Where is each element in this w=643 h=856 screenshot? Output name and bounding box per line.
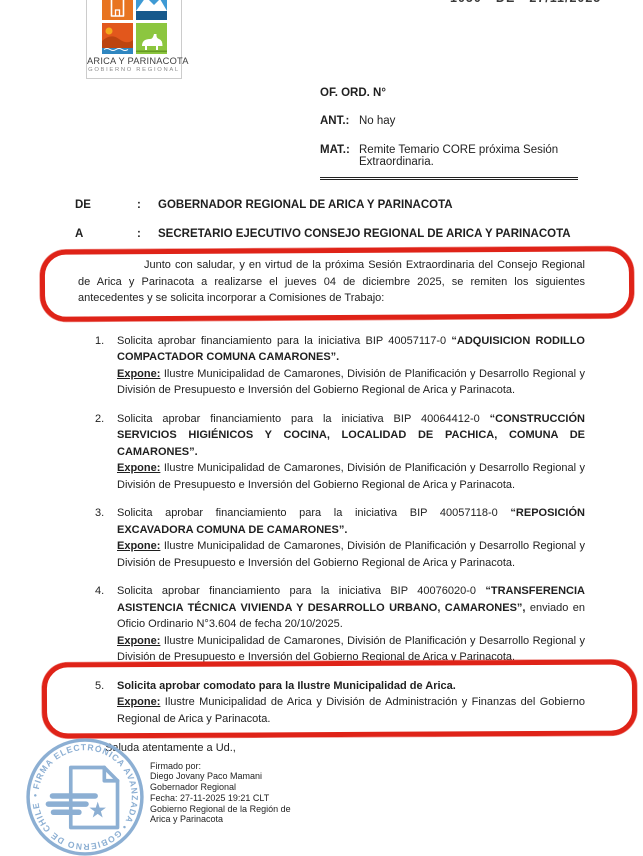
ant-row: ANT.: No hay [320, 115, 578, 127]
agenda-item: 1. Solicita aprobar financiamiento para … [78, 333, 585, 399]
signature-org-line2: Arica y Parinacota [150, 814, 585, 825]
signatory-title: Gobernador Regional [150, 782, 585, 793]
item-expone: Expone: Ilustre Municipalidad de Camaron… [117, 633, 585, 666]
mountain-tile-icon [136, 0, 167, 20]
letter-body: Junto con saludar, y en virtud de la pró… [78, 257, 585, 825]
item-text: Solicita aprobar financiamiento para la … [117, 585, 485, 597]
document-reference-text: 1050 - DE - 27/11/2025 [450, 0, 635, 5]
parties-block: DE : GOBERNADOR REGIONAL DE ARICA Y PARI… [75, 199, 595, 257]
to-colon: : [137, 228, 158, 240]
ant-value: No hay [359, 115, 578, 127]
mat-row: MAT.: Remite Temario CORE próxima Sesión… [320, 144, 578, 168]
item-number: 1. [95, 333, 117, 399]
logo-region-name: ARICA Y PARINACOTA [87, 56, 181, 66]
item-expone: Expone: Ilustre Municipalidad de Camaron… [117, 366, 585, 399]
item-expone: Expone: Ilustre Municipalidad de Camaron… [117, 460, 585, 493]
to-value: SECRETARIO EJECUTIVO CONSEJO REGIONAL DE… [158, 228, 595, 240]
of-ord-label: OF. ORD. N° [320, 87, 578, 99]
mat-value-line2: Extraordinaria. [359, 156, 578, 168]
item-content: Solicita aprobar financiamiento para la … [117, 333, 585, 399]
ant-label: ANT.: [320, 115, 359, 127]
signature-line: Firmado por: [150, 761, 585, 772]
intro-wrapper: Junto con saludar, y en virtud de la pró… [78, 257, 585, 307]
item-main-text: Solicita aprobar financiamiento para la … [117, 411, 585, 461]
item-expone: Expone: Ilustre Municipalidad de Arica y… [117, 694, 585, 727]
mat-value: Remite Temario CORE próxima Sesión Extra… [359, 144, 578, 168]
expone-text: Ilustre Municipalidad de Camarones, Divi… [117, 540, 585, 569]
expone-label: Expone: [117, 696, 160, 708]
header-fields: OF. ORD. N° ANT.: No hay MAT.: Remite Te… [320, 87, 578, 180]
expone-label: Expone: [117, 462, 160, 474]
from-value: GOBERNADOR REGIONAL DE ARICA Y PARINACOT… [158, 199, 595, 211]
agenda-item: 3. Solicita aprobar financiamiento para … [78, 505, 585, 571]
to-label: A [75, 228, 137, 240]
agenda-list: 1. Solicita aprobar financiamiento para … [78, 333, 585, 728]
expone-text: Ilustre Municipalidad de Camarones, Divi… [117, 462, 585, 491]
regional-government-logo: ARICA Y PARINACOTA GOBIERNO REGIONAL [86, 0, 182, 79]
church-tile-icon [102, 0, 133, 20]
from-label: DE [75, 199, 137, 211]
item-text: Solicita aprobar financiamiento para la … [117, 335, 451, 347]
vicuna-tile-icon [136, 23, 167, 54]
agenda-item: 5. Solicita aprobar comodato para la Ilu… [78, 678, 585, 728]
item-main-text: Solicita aprobar financiamiento para la … [117, 583, 585, 633]
agenda-item: 4. Solicita aprobar financiamiento para … [78, 583, 585, 666]
expone-text: Ilustre Municipalidad de Camarones, Divi… [117, 635, 585, 664]
signatory-name: Diego Jovany Paco Mamani [150, 771, 585, 782]
mat-label: MAT.: [320, 144, 359, 168]
logo-tiles [102, 0, 167, 54]
item-title-bold: Solicita aprobar comodato para la Ilustr… [117, 680, 456, 692]
item-text: Solicita aprobar financiamiento para la … [117, 507, 510, 519]
item-content: Solicita aprobar comodato para la Ilustr… [117, 678, 585, 728]
closing-line: Saluda atentamente a Ud., [105, 740, 585, 757]
item-text: Solicita aprobar financiamiento para la … [117, 413, 490, 425]
agenda-item: 2. Solicita aprobar financiamiento para … [78, 411, 585, 494]
signed-document-icon [48, 768, 117, 828]
document-reference-clipped: 1050 - DE - 27/11/2025 [450, 0, 635, 6]
item-content: Solicita aprobar financiamiento para la … [117, 411, 585, 494]
beach-tile-icon [102, 23, 133, 54]
item-number: 3. [95, 505, 117, 571]
expone-label: Expone: [117, 368, 160, 380]
item-main-text: Solicita aprobar financiamiento para la … [117, 505, 585, 538]
expone-text: Ilustre Municipalidad de Arica y Divisió… [117, 696, 585, 725]
item-number: 4. [95, 583, 117, 666]
expone-text: Ilustre Municipalidad de Camarones, Divi… [117, 368, 585, 397]
letter-page: 1050 - DE - 27/11/2025 ARICA Y PARINACOT… [0, 0, 643, 856]
from-row: DE : GOBERNADOR REGIONAL DE ARICA Y PARI… [75, 199, 595, 211]
intro-paragraph: Junto con saludar, y en virtud de la pró… [78, 257, 585, 307]
header-divider-rule [320, 177, 578, 180]
signature-date: Fecha: 27-11-2025 19:21 CLT [150, 793, 585, 804]
expone-label: Expone: [117, 540, 160, 552]
item-main-text: Solicita aprobar financiamiento para la … [117, 333, 585, 366]
to-row: A : SECRETARIO EJECUTIVO CONSEJO REGIONA… [75, 228, 595, 240]
expone-label: Expone: [117, 635, 160, 647]
item-content: Solicita aprobar financiamiento para la … [117, 583, 585, 666]
item-content: Solicita aprobar financiamiento para la … [117, 505, 585, 571]
from-colon: : [137, 199, 158, 211]
electronic-signature-stamp: • FIRMA ELECTRÓNICA AVANZADA • GOBIERNO … [23, 736, 147, 856]
item-main-text: Solicita aprobar comodato para la Ilustr… [117, 678, 585, 695]
item-number: 5. [95, 678, 117, 728]
mat-value-line1: Remite Temario CORE próxima Sesión [359, 144, 578, 156]
signature-org-line1: Gobierno Regional de la Región de [150, 804, 585, 815]
item-expone: Expone: Ilustre Municipalidad de Camaron… [117, 538, 585, 571]
signature-block: Firmado por: Diego Jovany Paco Mamani Go… [150, 761, 585, 826]
logo-subtitle: GOBIERNO REGIONAL [87, 67, 181, 73]
item-number: 2. [95, 411, 117, 494]
